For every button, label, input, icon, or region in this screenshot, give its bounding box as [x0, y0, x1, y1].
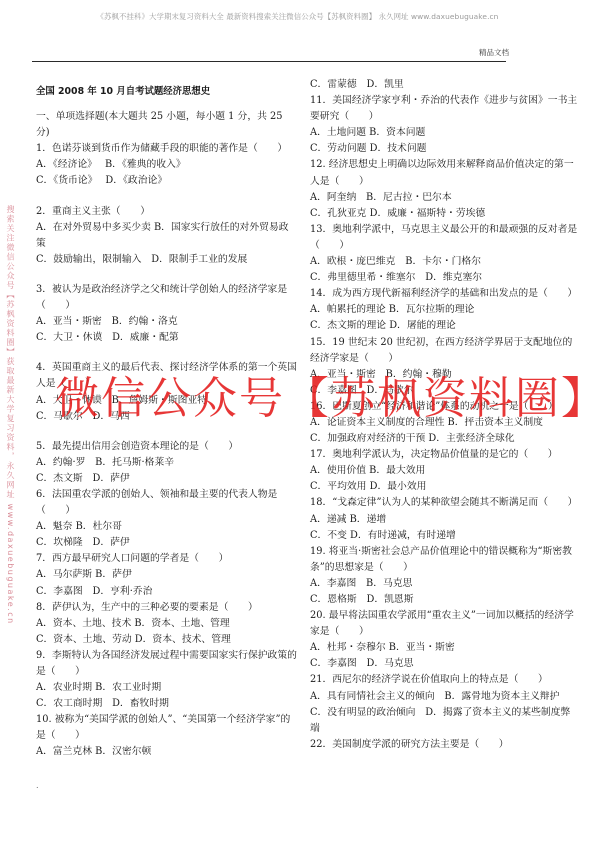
- top-banner: 《苏枫不挂科》大学期末复习资料大全 最新资料搜索关注微信公众号【苏枫资料圈】 永…: [0, 11, 595, 22]
- question-text: 18．“戈森定律”认为人的某种欲望会随其不断满足而（ ）: [310, 495, 580, 511]
- question-item: 5．最先提出信用会创造资本理论的是（ ）A．约翰·罗 B．托马斯·格莱辛C．杰文…: [36, 439, 298, 487]
- answer-options: C．加强政府对经济的干预 D．主张经济全球化: [310, 431, 580, 447]
- answer-options: A．富兰克林 B．汉密尔顿: [36, 744, 298, 760]
- answer-options: A．使用价值 B．最大效用: [310, 463, 580, 479]
- answer-options: A．帕累托的理论 B．瓦尔拉斯的理论: [310, 302, 580, 318]
- page-title: 全国 2008 年 10 月自考试题经济思想史: [36, 84, 298, 100]
- answer-options: C．杰文斯 D．萨伊: [36, 471, 298, 487]
- doc-label: 精品文档: [479, 47, 509, 58]
- question-text: 11．美国经济学家亨利・乔治的代表作《进步与贫困》一书主要研究（ ）: [310, 93, 580, 125]
- question-text: 6．法国重农学派的创始人、领袖和最主要的代表人物是（ ）: [36, 487, 298, 519]
- question-text: 8．萨伊认为，生产中的三种必要的要素是（ ）: [36, 600, 298, 616]
- question-item: 18．“戈森定律”认为人的某种欲望会随其不断满足而（ ）A．递减 B．递增C．不…: [310, 495, 580, 543]
- continued-options: C．雷蒙德 D．凯里: [310, 77, 580, 93]
- question-item: 22．美国制度学派的研究方法主要是（ ）: [310, 737, 580, 753]
- answer-options: A．具有同情社会主义的倾向 B．露骨地为资本主义辩护: [310, 689, 580, 705]
- question-text: 13．奥地利学派中，马克思主义最公开的和最顽强的反对者是（ ）: [310, 222, 580, 254]
- question-text: 5．最先提出信用会创造资本理论的是（ ）: [36, 439, 298, 455]
- question-item: 10. 被称为“美国学派的创始人”、“美国第一个经济学家”的是（ ）A．富兰克林…: [36, 712, 298, 760]
- answer-options: C．不变 D．有时递减，有时递增: [310, 528, 580, 544]
- question-item: 19. 将亚当·斯密社会总产品价值理论中的错误概称为“斯密教条”的思想家是（ ）…: [310, 544, 580, 608]
- question-text: 20. 最早将法国重农学派用“重农主义”一词加以概括的经济学家是（ ）: [310, 608, 580, 640]
- question-item: 6．法国重农学派的创始人、领袖和最主要的代表人物是（ ）A．魁奈 B．杜尔哥C．…: [36, 487, 298, 551]
- answer-options: C．李嘉图 D．亨利·乔治: [36, 584, 298, 600]
- answer-options: A．约翰·罗 B．托马斯·格莱辛: [36, 455, 298, 471]
- answer-options: A．欧根・庞巴维克 B．卡尔・门格尔: [310, 254, 580, 270]
- question-item: 9．李斯特认为各国经济发展过程中需要国家实行保护政策的是（ ）A．农业时期 B．…: [36, 648, 298, 712]
- question-text: 19. 将亚当·斯密社会总产品价值理论中的错误概称为“斯密教条”的思想家是（ ）: [310, 544, 580, 576]
- answer-options: C．农工商时期 D．畜牧时期: [36, 696, 298, 712]
- answer-options: A．魁奈 B．杜尔哥: [36, 519, 298, 535]
- question-text: 17．奥地利学派认为，决定物品价值量的是它的（ ）: [310, 447, 580, 463]
- side-watermark: 搜索关注微信公众号【苏枫资料圈】获取最新大学复习资料，永久网址 www.daxu…: [5, 205, 15, 625]
- question-text: 7．西方最早研究人口问题的学者是（ ）: [36, 551, 298, 567]
- question-text: 10. 被称为“美国学派的创始人”、“美国第一个经济学家”的是（ ）: [36, 712, 298, 744]
- question-text: 3．被认为是政治经济学之父和统计学创始人的经济学家是（ ）: [36, 282, 298, 314]
- answer-options: C．没有明显的政治倾向 D．揭露了资本主义的某些制度弊端: [310, 705, 580, 737]
- question-item: 17．奥地利学派认为，决定物品价值量的是它的（ ）A．使用价值 B．最大效用C．…: [310, 447, 580, 495]
- section-heading: 一、单项选择题(本大题共 25 小题，每小题 1 分，共 25 分): [36, 109, 298, 141]
- question-item: 2．重商主义主张（ ）A．在对外贸易中多买少卖 B．国家实行放任的对外贸易政策C…: [36, 204, 298, 282]
- answer-options: C．劳动问题 D．技术问题: [310, 141, 580, 157]
- answer-options: C．杰文斯的理论 D．屠能的理论: [310, 318, 580, 334]
- answer-options: A．土地问题 B．资本问题: [310, 125, 580, 141]
- question-item: 8．萨伊认为，生产中的三种必要的要素是（ ）A．资本、土地、技术 B．资本、土地…: [36, 600, 298, 648]
- answer-options: A．资本、土地、技术 B．资本、土地、管理: [36, 616, 298, 632]
- answer-options: C．李嘉图 D．马克思: [310, 656, 580, 672]
- question-item: 7．西方最早研究人口问题的学者是（ ）A．马尔萨斯 B．萨伊C．李嘉图 D．亨利…: [36, 551, 298, 599]
- question-text: 14．成为西方现代新福利经济学的基础和出发点的是（ ）: [310, 286, 580, 302]
- question-item: 13．奥地利学派中，马克思主义最公开的和最顽强的反对者是（ ）A．欧根・庞巴维克…: [310, 222, 580, 286]
- answer-options: A．农业时期 B．农工业时期: [36, 680, 298, 696]
- question-text: 1．色诺芬谈到货币作为储藏手段的职能的著作是（ ）: [36, 141, 298, 157]
- answer-options: A．《经济论》 B．《雅典的收入》: [36, 157, 298, 173]
- question-text: 22．美国制度学派的研究方法主要是（ ）: [310, 737, 580, 753]
- answer-options: A．亚当・斯密 B．约翰・洛克: [36, 314, 298, 330]
- answer-options: C．平均效用 D．最小效用: [310, 479, 580, 495]
- footer-mark: .: [36, 781, 39, 790]
- question-item: 12. 经济思想史上明确以边际效用来解释商品价值决定的第一人是（ ）A．阿奎纳 …: [310, 157, 580, 221]
- question-text: 21．西尼尔的经济学说在价值取向上的特点是（ ）: [310, 672, 580, 688]
- overlay-watermark: 微信公众号【苏枫资料圈】: [55, 375, 595, 423]
- question-item: 3．被认为是政治经济学之父和统计学创始人的经济学家是（ ）A．亚当・斯密 B．约…: [36, 282, 298, 360]
- question-text: 2．重商主义主张（ ）: [36, 204, 298, 220]
- answer-options: C．大卫・休谟 D．威廉・配第: [36, 330, 298, 346]
- answer-options: A．阿奎纳 B．尼古拉・巴尔本: [310, 190, 580, 206]
- answer-options: A．在对外贸易中多买少卖 B．国家实行放任的对外贸易政策: [36, 220, 298, 252]
- question-text: 12. 经济思想史上明确以边际效用来解释商品价值决定的第一人是（ ）: [310, 157, 580, 189]
- answer-options: A．杜邦・奈穆尔 B．亚当・斯密: [310, 640, 580, 656]
- question-list: 1．色诺芬谈到货币作为储藏手段的职能的著作是（ ）A．《经济论》 B．《雅典的收…: [36, 141, 298, 760]
- answer-options: C．资本、土地、劳动 D．资本、技术、管理: [36, 632, 298, 648]
- header-rule: [32, 61, 506, 62]
- answer-options: A．递减 B．递增: [310, 512, 580, 528]
- answer-options: C．恩格斯 D．凯恩斯: [310, 592, 580, 608]
- answer-options: C．弗里德里希・维塞尔 D．维克塞尔: [310, 270, 580, 286]
- question-text: 9．李斯特认为各国经济发展过程中需要国家实行保护政策的是（ ）: [36, 648, 298, 680]
- question-item: 20. 最早将法国重农学派用“重农主义”一词加以概括的经济学家是（ ）A．杜邦・…: [310, 608, 580, 672]
- answer-options: A．马尔萨斯 B．萨伊: [36, 567, 298, 583]
- answer-options: A．李嘉图 B．马克思: [310, 576, 580, 592]
- answer-options: C．孔狄亚克 D．威廉・福斯特・劳埃德: [310, 206, 580, 222]
- answer-options: C．坎梯隆 D．萨伊: [36, 535, 298, 551]
- question-text: 15．19 世纪末 20 世纪初，在西方经济学界居于支配地位的经济学家是（ ）: [310, 335, 580, 367]
- answer-options: C．《货币论》 D．《政治论》: [36, 173, 298, 189]
- question-item: 1．色诺芬谈到货币作为储藏手段的职能的著作是（ ）A．《经济论》 B．《雅典的收…: [36, 141, 298, 203]
- question-item: 11．美国经济学家亨利・乔治的代表作《进步与贫困》一书主要研究（ ）A．土地问题…: [310, 93, 580, 157]
- question-item: 14．成为西方现代新福利经济学的基础和出发点的是（ ）A．帕累托的理论 B．瓦尔…: [310, 286, 580, 334]
- answer-options: C．鼓励输出，限制输入 D．限制手工业的发展: [36, 252, 298, 268]
- question-item: 21．西尼尔的经济学说在价值取向上的特点是（ ）A．具有同情社会主义的倾向 B．…: [310, 672, 580, 736]
